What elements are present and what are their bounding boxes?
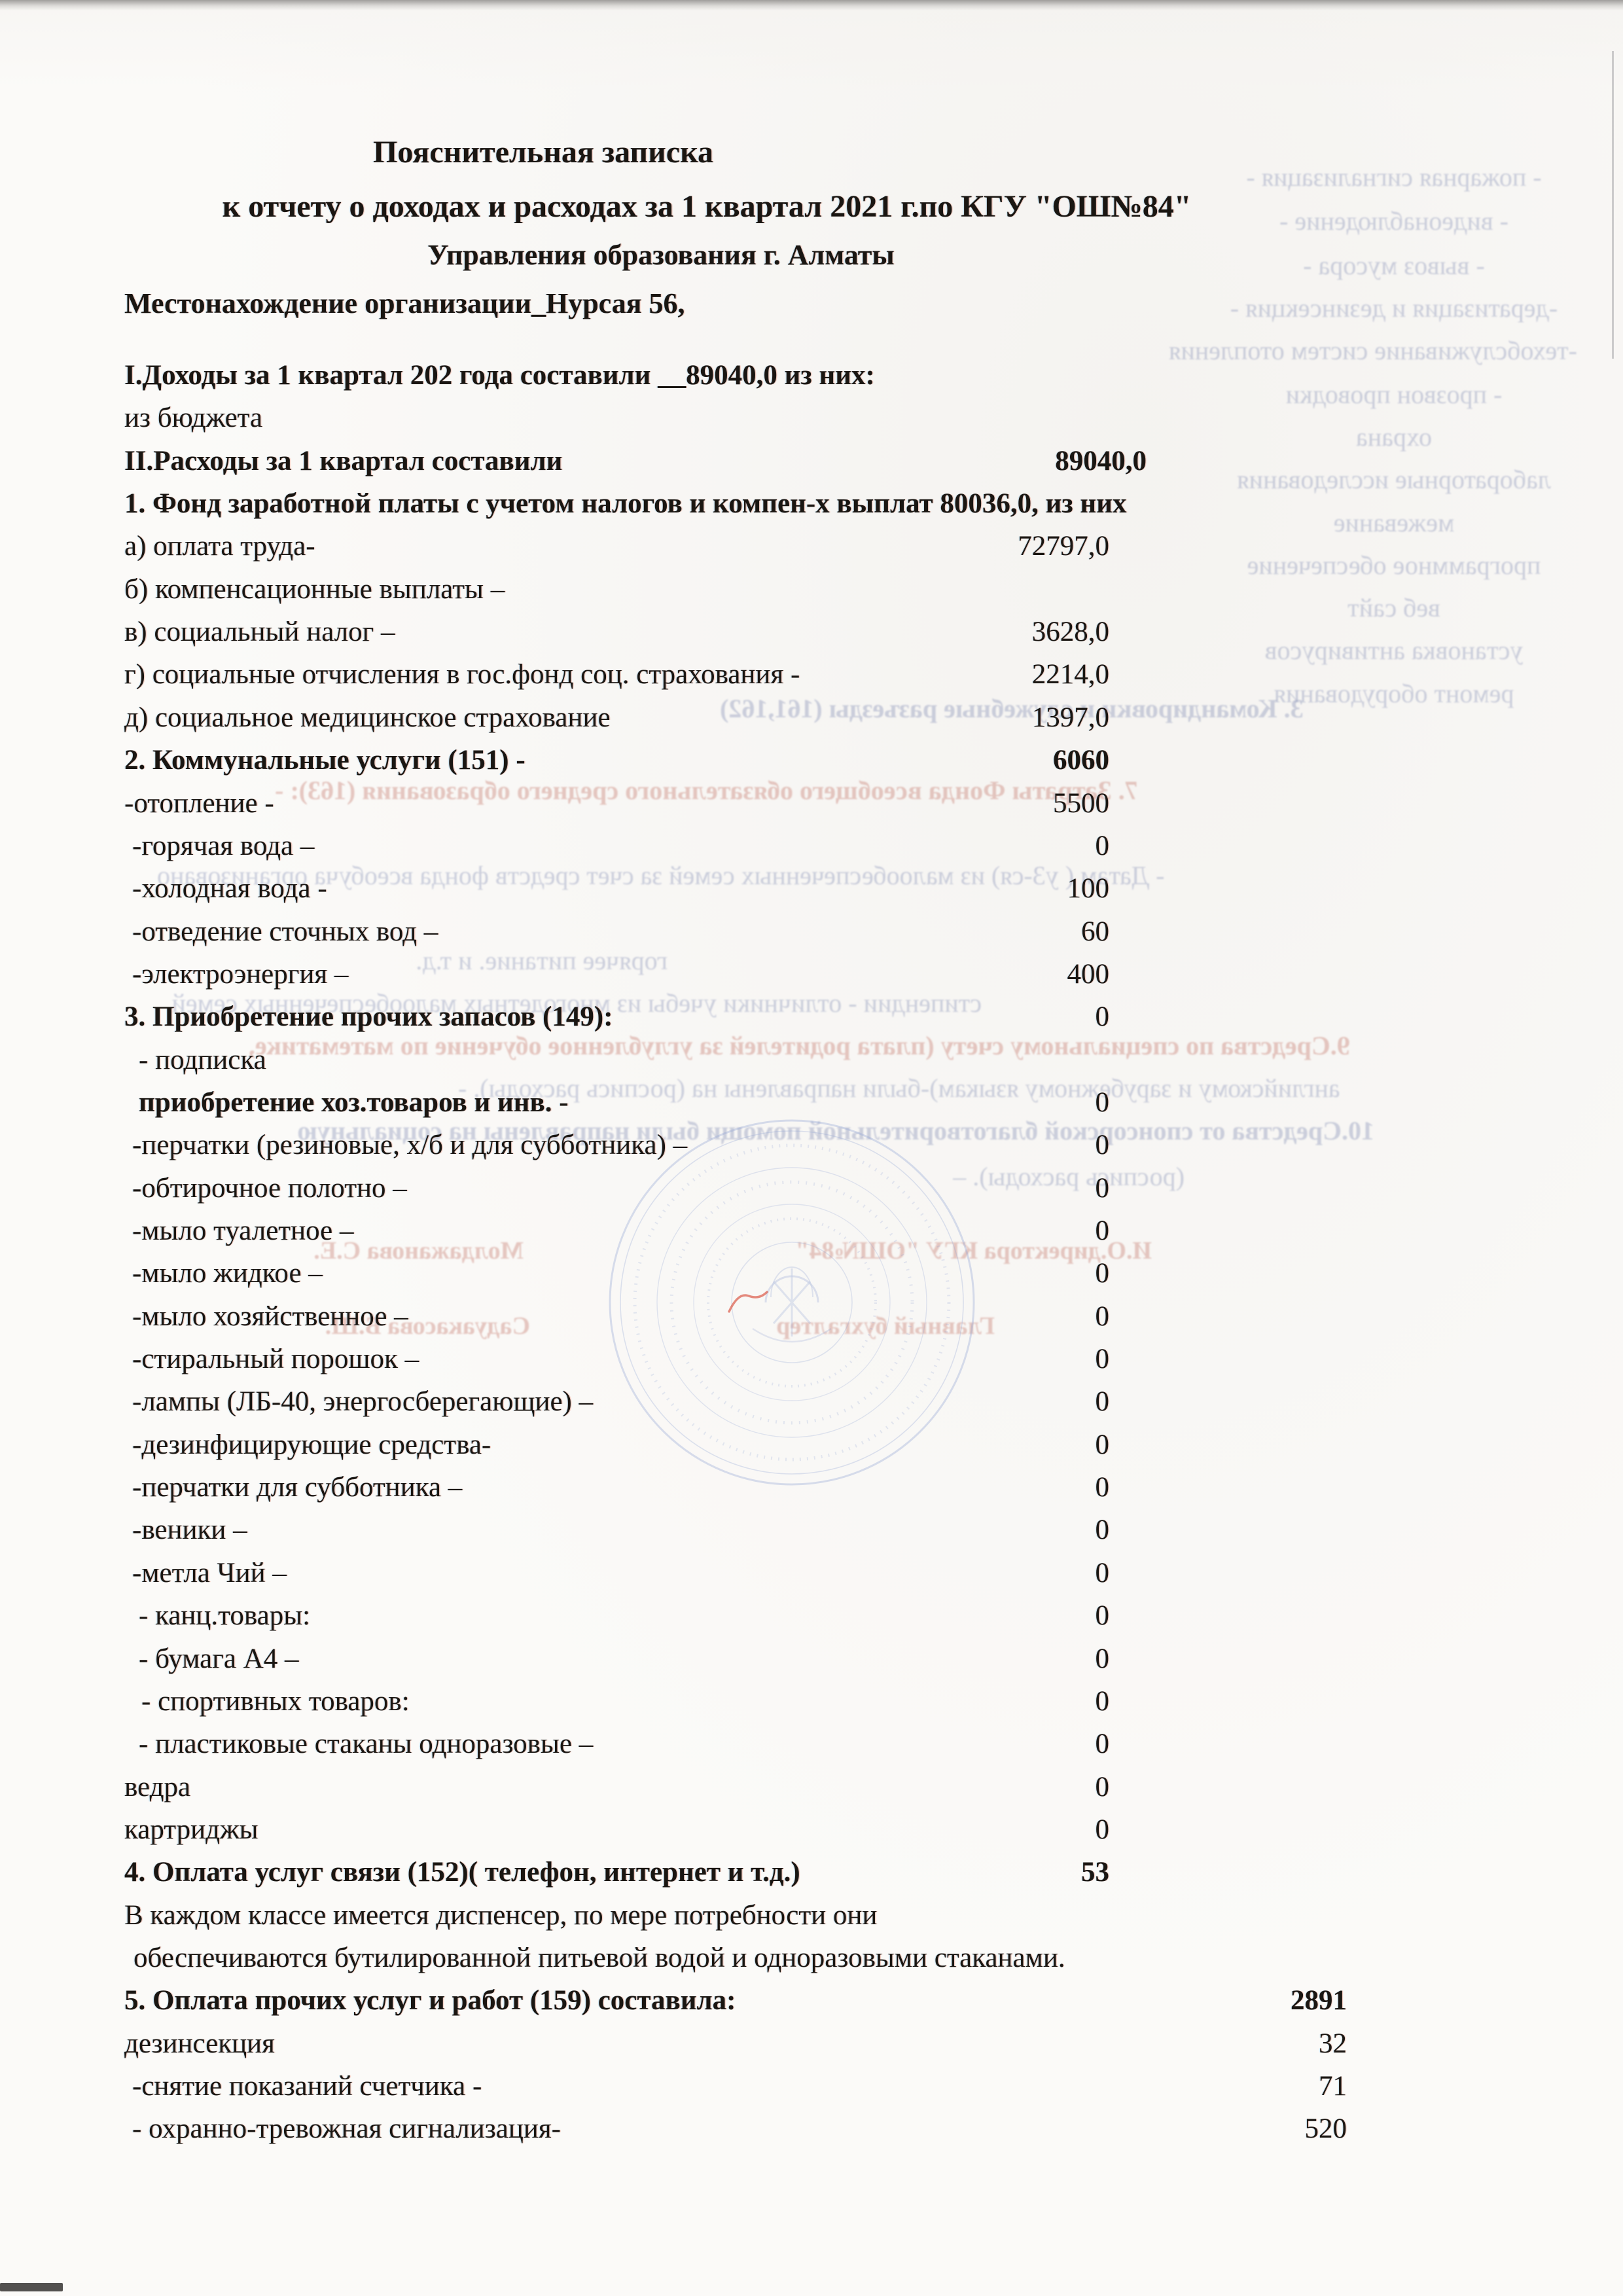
org-location: Местонахождение организации_Нурсая 56, — [124, 287, 685, 320]
expense-row: а) оплата труда-72797,0 — [0, 526, 1623, 567]
expense-row: В каждом классе имеется диспенсер, по ме… — [0, 1895, 1623, 1936]
row-label: - канц.товары: — [139, 1596, 310, 1636]
expense-row: 1. Фонд заработной платы с учетом налого… — [0, 484, 1623, 524]
row-value: 0 — [1096, 1425, 1110, 1465]
expense-row: из бюджета — [0, 398, 1623, 439]
row-value: 400 — [1067, 954, 1110, 995]
row-label: -перчатки для субботника – — [132, 1467, 462, 1508]
row-label: -мыло жидкое – — [132, 1253, 323, 1294]
expense-row: дезинсекция32 — [0, 2024, 1623, 2064]
row-label: 1. Фонд заработной платы с учетом налого… — [124, 484, 1126, 524]
row-value: 71 — [1319, 2066, 1347, 2107]
ghost-text: -дератизация и дезинсекция - — [1211, 293, 1577, 323]
row-value: 32 — [1319, 2024, 1347, 2064]
row-value: 520 — [1305, 2109, 1347, 2149]
row-value: 0 — [1096, 1297, 1110, 1337]
expense-row: 5. Оплата прочих услуг и работ (159) сос… — [0, 1981, 1623, 2021]
row-label: б) компенсационные выплаты – — [124, 569, 505, 610]
row-value: 89040,0 — [1055, 441, 1147, 482]
row-value: 0 — [1096, 1639, 1110, 1679]
expense-row: -обтирочное полотно –0 — [0, 1168, 1623, 1209]
row-label: -горячая вода – — [132, 826, 314, 867]
expense-row: 4. Оплата услуг связи (152)( телефон, ин… — [0, 1852, 1623, 1893]
expense-row: II.Расходы за 1 квартал составили89040,0 — [0, 441, 1623, 482]
row-label: -отопление - — [124, 783, 274, 824]
row-value: 0 — [1096, 1382, 1110, 1422]
row-label: 2. Коммунальные услуги (151) - — [124, 740, 526, 781]
row-label: - подписка — [139, 1040, 266, 1081]
row-label: - охранно-тревожная сигнализация- — [132, 2109, 561, 2149]
row-label: а) оплата труда- — [124, 526, 315, 567]
page-title: Пояснительная записка — [124, 134, 962, 170]
row-label: -стиральный порошок – — [132, 1339, 419, 1380]
row-label: приобретение хоз.товаров и инв. - — [139, 1083, 569, 1123]
row-value: 0 — [1096, 1125, 1110, 1166]
row-label: д) социальное медицинское страхование — [124, 698, 611, 738]
expense-row: - охранно-тревожная сигнализация-520 — [0, 2109, 1623, 2149]
row-value: 0 — [1096, 1681, 1110, 1722]
row-label: - пластиковые стаканы одноразовые – — [139, 1724, 593, 1765]
row-label: -мыло хозяйственное – — [132, 1297, 408, 1337]
expense-row: г) социальные отчисления в гос.фонд соц.… — [0, 655, 1623, 695]
report-subtitle: к отчету о доходах и расходах за 1 кварт… — [0, 188, 1414, 224]
row-label: в) социальный налог – — [124, 612, 395, 653]
expense-row: ведра0 — [0, 1767, 1623, 1808]
expense-row: картриджы0 — [0, 1810, 1623, 1850]
expense-row: -дезинфицирующие средства-0 — [0, 1425, 1623, 1465]
row-label: -отведение сточных вод – — [132, 912, 438, 952]
row-value: 0 — [1096, 1510, 1110, 1551]
row-label: -снятие показаний счетчика - — [132, 2066, 482, 2107]
row-label: 3. Приобретение прочих запасов (149): — [124, 997, 613, 1037]
expense-row: приобретение хоз.товаров и инв. -0 — [0, 1083, 1623, 1123]
row-label: - бумага А4 – — [139, 1639, 299, 1679]
expense-row: - бумага А4 –0 — [0, 1639, 1623, 1679]
row-label: г) социальные отчисления в гос.фонд соц.… — [124, 655, 800, 695]
row-label: -холодная вода - — [132, 869, 327, 909]
row-value: 0 — [1096, 1810, 1110, 1850]
row-label: -перчатки (резиновые, х/б и для субботни… — [132, 1125, 687, 1166]
row-label: -электроэнергия – — [132, 954, 348, 995]
row-value: 60 — [1081, 912, 1109, 952]
expense-row: - канц.товары:0 — [0, 1596, 1623, 1636]
row-label: I.Доходы за 1 квартал 202 года составили… — [124, 355, 875, 396]
row-label: -веники – — [132, 1510, 247, 1551]
row-label: -метла Чий – — [132, 1553, 287, 1594]
expense-row: д) социальное медицинское страхование139… — [0, 698, 1623, 738]
expense-row: -мыло туалетное –0 — [0, 1211, 1623, 1251]
expense-row: - пластиковые стаканы одноразовые –0 — [0, 1724, 1623, 1765]
scan-edge-right — [1612, 51, 1614, 359]
expense-row: -мыло хозяйственное –0 — [0, 1297, 1623, 1337]
scan-corner-mark — [0, 2283, 63, 2291]
row-value: 53 — [1081, 1852, 1109, 1893]
row-value: 0 — [1096, 1083, 1110, 1123]
expense-row: I.Доходы за 1 квартал 202 года составили… — [0, 355, 1623, 396]
row-label: -обтирочное полотно – — [132, 1168, 407, 1209]
expense-row: -снятие показаний счетчика -71 — [0, 2066, 1623, 2107]
expense-row: -стиральный порошок –0 — [0, 1339, 1623, 1380]
expense-row: -веники –0 — [0, 1510, 1623, 1551]
row-value: 2214,0 — [1032, 655, 1109, 695]
row-label: обеспечиваются бутилированной питьевой в… — [134, 1938, 1065, 1979]
row-label: из бюджета — [124, 398, 262, 439]
row-label: ведра — [124, 1767, 190, 1808]
row-value: 0 — [1096, 1724, 1110, 1765]
scan-edge-top — [0, 0, 1623, 10]
row-label: -мыло туалетное – — [132, 1211, 353, 1251]
row-value: 0 — [1096, 826, 1110, 867]
expense-row: -электроэнергия –400 — [0, 954, 1623, 995]
row-label: 4. Оплата услуг связи (152)( телефон, ин… — [124, 1852, 800, 1893]
row-value: 72797,0 — [1018, 526, 1109, 567]
row-label: картриджы — [124, 1810, 259, 1850]
row-value: 2891 — [1291, 1981, 1347, 2021]
expense-row: -отведение сточных вод –60 — [0, 912, 1623, 952]
expense-row: б) компенсационные выплаты – — [0, 569, 1623, 610]
row-value: 0 — [1096, 997, 1110, 1037]
expense-row: -мыло жидкое –0 — [0, 1253, 1623, 1294]
expense-row: -отопление -5500 — [0, 783, 1623, 824]
row-value: 0 — [1096, 1339, 1110, 1380]
row-value: 1397,0 — [1032, 698, 1109, 738]
row-label: -лампы (ЛБ-40, энергосберегающие) – — [132, 1382, 593, 1422]
row-label: -дезинфицирующие средства- — [132, 1425, 491, 1465]
expense-row: 3. Приобретение прочих запасов (149):0 — [0, 997, 1623, 1037]
row-value: 0 — [1096, 1596, 1110, 1636]
expense-row: в) социальный налог –3628,0 — [0, 612, 1623, 653]
row-value: 100 — [1067, 869, 1110, 909]
row-label: - спортивных товаров: — [141, 1681, 410, 1722]
row-label: II.Расходы за 1 квартал составили — [124, 441, 562, 482]
row-label: дезинсекция — [124, 2024, 275, 2064]
row-value: 0 — [1096, 1253, 1110, 1294]
row-value: 3628,0 — [1032, 612, 1109, 653]
expense-row: -перчатки для субботника –0 — [0, 1467, 1623, 1508]
department-line: Управления образования г. Алматы — [0, 238, 1322, 272]
row-value: 0 — [1096, 1767, 1110, 1808]
expense-row: -холодная вода -100 — [0, 869, 1623, 909]
expense-row: -лампы (ЛБ-40, энергосберегающие) –0 — [0, 1382, 1623, 1422]
row-label: В каждом классе имеется диспенсер, по ме… — [124, 1895, 877, 1936]
expense-row: обеспечиваются бутилированной питьевой в… — [0, 1938, 1623, 1979]
row-value: 5500 — [1053, 783, 1109, 824]
row-value: 0 — [1096, 1211, 1110, 1251]
row-value: 6060 — [1053, 740, 1109, 781]
row-value: 0 — [1096, 1168, 1110, 1209]
row-label: 5. Оплата прочих услуг и работ (159) сос… — [124, 1981, 736, 2021]
expense-row: -горячая вода –0 — [0, 826, 1623, 867]
expense-row: - подписка — [0, 1040, 1623, 1081]
expense-row: -метла Чий –0 — [0, 1553, 1623, 1594]
row-value: 0 — [1096, 1467, 1110, 1508]
expense-row: -перчатки (резиновые, х/б и для субботни… — [0, 1125, 1623, 1166]
expense-row: - спортивных товаров:0 — [0, 1681, 1623, 1722]
expense-row: 2. Коммунальные услуги (151) -6060 — [0, 740, 1623, 781]
row-value: 0 — [1096, 1553, 1110, 1594]
